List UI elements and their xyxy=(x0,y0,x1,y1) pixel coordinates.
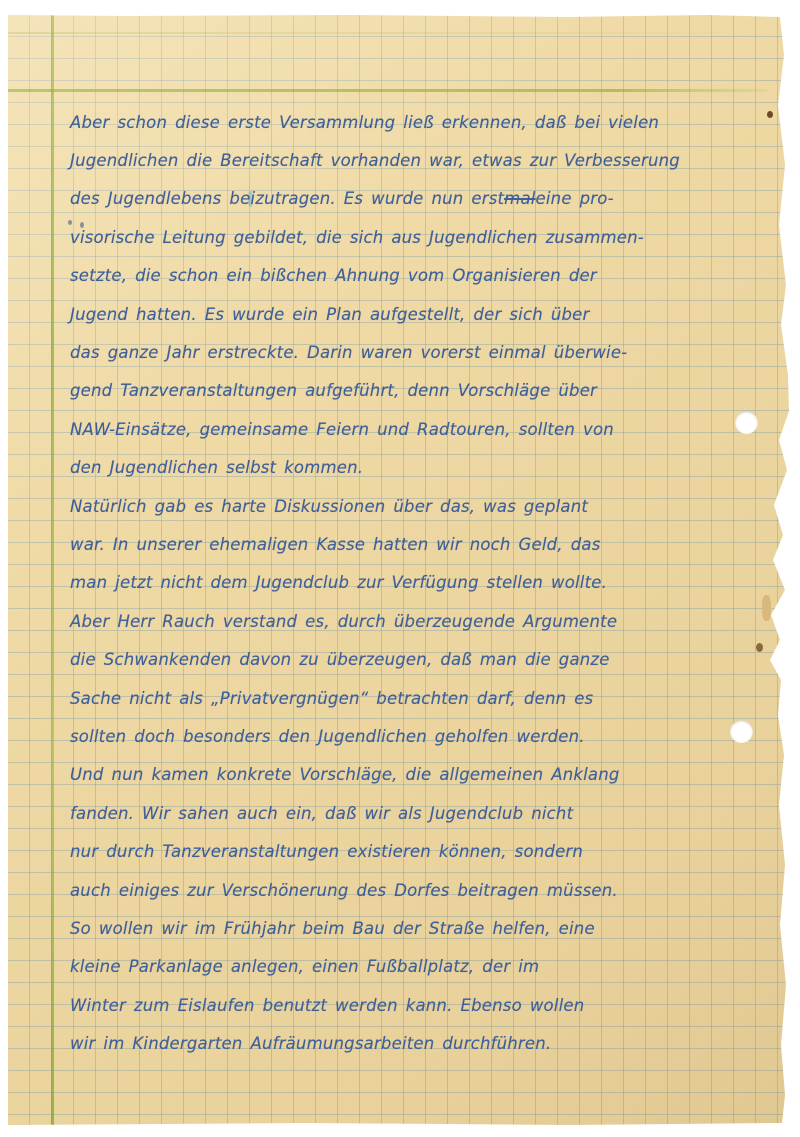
handwritten-text: Und nun kamen konkrete Vorschläge, die a… xyxy=(70,765,620,784)
handwritten-line: man jetzt nicht dem Jugendclub zur Verfü… xyxy=(70,564,775,602)
handwritten-line: Und nun kamen konkrete Vorschläge, die a… xyxy=(70,756,775,794)
handwritten-text: visorische Leitung gebildet, die sich au… xyxy=(70,228,644,247)
handwriting-block: Aber schon diese erste Versammlung ließ … xyxy=(70,103,775,1063)
handwritten-line: Sache nicht als „Privatvergnügen“ betrac… xyxy=(70,679,775,717)
punch-hole-top xyxy=(735,411,758,434)
handwritten-text: fanden. Wir sahen auch ein, daß wir als … xyxy=(70,804,573,823)
handwritten-text: wir im Kindergarten Aufräumungsarbeiten … xyxy=(70,1034,551,1053)
paper-speck xyxy=(756,643,763,652)
handwritten-line: kleine Parkanlage anlegen, einen Fußball… xyxy=(70,948,775,986)
handwritten-text: So wollen wir im Frühjahr beim Bau der S… xyxy=(70,919,595,938)
handwritten-line: Jugend hatten. Es wurde ein Plan aufgest… xyxy=(70,295,775,333)
handwritten-text: auch einiges zur Verschönerung des Dorfe… xyxy=(70,881,618,900)
handwritten-line: war. In unserer ehemaligen Kasse hatten … xyxy=(70,525,775,563)
handwritten-text: den Jugendlichen selbst kommen. xyxy=(70,458,363,477)
handwritten-text: Jugendlichen die Bereitschaft vorhanden … xyxy=(70,151,680,170)
handwritten-line: Aber schon diese erste Versammlung ließ … xyxy=(70,103,775,141)
handwritten-text: die Schwankenden davon zu überzeugen, da… xyxy=(70,650,610,669)
handwritten-line: Aber Herr Rauch verstand es, durch überz… xyxy=(70,602,775,640)
handwritten-line: die Schwankenden davon zu überzeugen, da… xyxy=(70,640,775,678)
handwritten-line: Jugendlichen die Bereitschaft vorhanden … xyxy=(70,141,775,179)
handwritten-line: gend Tanzveranstaltungen aufgeführt, den… xyxy=(70,372,775,410)
handwritten-text: nur durch Tanzveranstaltungen existieren… xyxy=(70,842,583,861)
handwritten-line: So wollen wir im Frühjahr beim Bau der S… xyxy=(70,909,775,947)
paper-sheet: Aber schon diese erste Versammlung ließ … xyxy=(8,15,789,1125)
handwritten-text: kleine Parkanlage anlegen, einen Fußball… xyxy=(70,957,539,976)
handwritten-text: das ganze Jahr erstreckte. Darin waren v… xyxy=(70,343,627,362)
handwritten-text: Natürlich gab es harte Diskussionen über… xyxy=(70,497,588,516)
handwritten-line: visorische Leitung gebildet, die sich au… xyxy=(70,218,775,256)
handwritten-line: Winter zum Eislaufen benutzt werden kann… xyxy=(70,986,775,1024)
handwritten-line: Natürlich gab es harte Diskussionen über… xyxy=(70,487,775,525)
handwritten-line: des Jugendlebens beizutragen. Es wurde n… xyxy=(70,180,775,218)
handwritten-line: setzte, die schon ein bißchen Ahnung vom… xyxy=(70,257,775,295)
handwritten-text: man jetzt nicht dem Jugendclub zur Verfü… xyxy=(70,573,607,592)
handwritten-line: auch einiges zur Verschönerung des Dorfe… xyxy=(70,871,775,909)
margin-line-vertical xyxy=(51,15,54,1125)
handwritten-text: des Jugendlebens beizutragen. Es wurde n… xyxy=(70,189,504,208)
handwritten-text: NAW-Einsätze, gemeinsame Feiern und Radt… xyxy=(70,420,614,439)
handwritten-text: eine pro- xyxy=(536,189,614,208)
paper-speck xyxy=(767,111,773,118)
handwritten-line: nur durch Tanzveranstaltungen existieren… xyxy=(70,832,775,870)
scan-background: Aber schon diese erste Versammlung ließ … xyxy=(0,0,800,1137)
handwritten-line: den Jugendlichen selbst kommen. xyxy=(70,449,775,487)
handwritten-text: gend Tanzveranstaltungen aufgeführt, den… xyxy=(70,381,597,400)
handwritten-line: NAW-Einsätze, gemeinsame Feiern und Radt… xyxy=(70,410,775,448)
handwritten-text: setzte, die schon ein bißchen Ahnung vom… xyxy=(70,266,597,285)
handwritten-text: Aber schon diese erste Versammlung ließ … xyxy=(70,113,659,132)
handwritten-text: Jugend hatten. Es wurde ein Plan aufgest… xyxy=(70,305,590,324)
handwritten-text: sollten doch besonders den Jugendlichen … xyxy=(70,727,585,746)
handwritten-text: Winter zum Eislaufen benutzt werden kann… xyxy=(70,996,584,1015)
handwritten-line: sollten doch besonders den Jugendlichen … xyxy=(70,717,775,755)
handwritten-line: wir im Kindergarten Aufräumungsarbeiten … xyxy=(70,1024,775,1062)
handwritten-text: Sache nicht als „Privatvergnügen“ betrac… xyxy=(70,689,593,708)
paper-tear-mark xyxy=(762,595,771,621)
paper-crease xyxy=(8,32,749,34)
handwritten-line: das ganze Jahr erstreckte. Darin waren v… xyxy=(70,333,775,371)
punch-hole-bottom xyxy=(730,720,753,743)
handwritten-line: fanden. Wir sahen auch ein, daß wir als … xyxy=(70,794,775,832)
handwritten-text: Aber Herr Rauch verstand es, durch überz… xyxy=(70,612,617,631)
margin-line-horizontal xyxy=(8,89,767,92)
struck-word: mal xyxy=(504,189,535,208)
handwritten-text: war. In unserer ehemaligen Kasse hatten … xyxy=(70,535,601,554)
